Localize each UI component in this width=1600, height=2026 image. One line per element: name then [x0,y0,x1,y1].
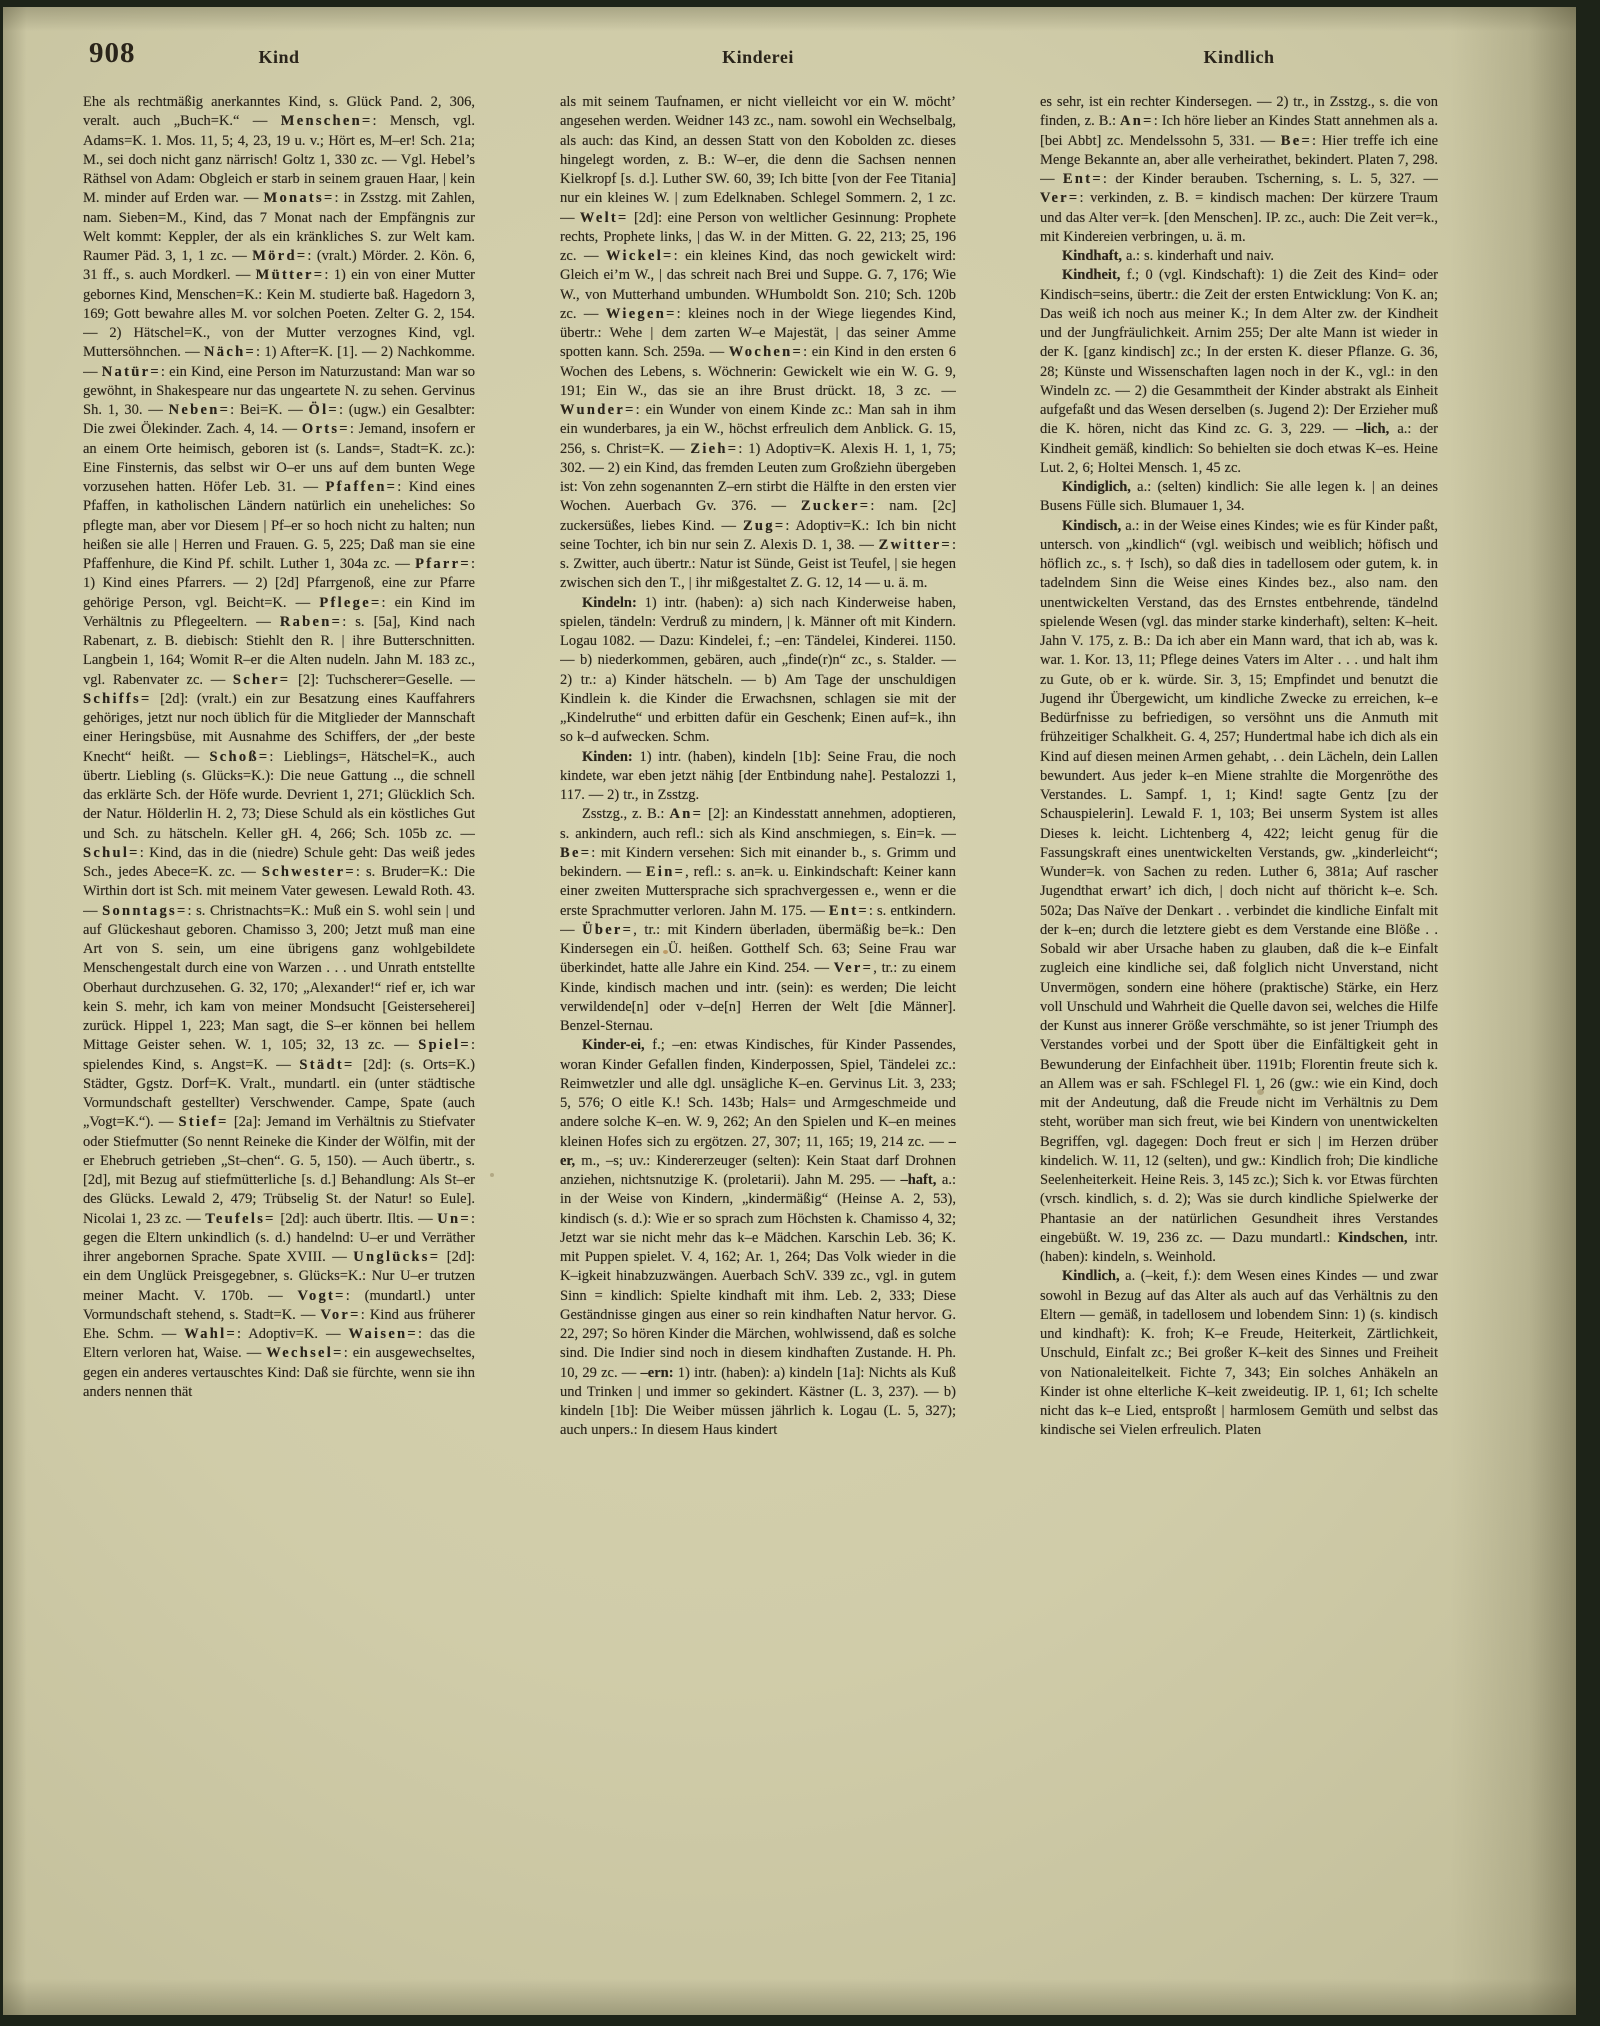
text-column-2: als mit seinem Taufnamen, er nicht viell… [560,93,956,2007]
running-head-kindlich: Kindlich [1040,47,1438,68]
running-head-kinderei: Kinderei [560,47,956,68]
paragraph: Kindhaft, a.: s. kinderhaft und naiv. [1040,247,1438,266]
paragraph: Kindheit, f.; 0 (vgl. Kindschaft): 1) di… [1040,266,1438,478]
text-column-3: es sehr, ist ein rechter Kindersegen. — … [1040,93,1438,2007]
paper-stain [490,1173,494,1177]
paragraph: Kindisch, a.: in der Weise eines Kindes;… [1040,517,1438,1268]
scanned-dictionary-page: 908 Kind Kinderei Kindlich Ehe als recht… [3,7,1576,2015]
paragraph: als mit seinem Taufnamen, er nicht viell… [560,93,956,594]
paragraph: Kinden: 1) intr. (haben), kindeln [1b]: … [560,748,956,806]
paragraph: Kindeln: 1) intr. (haben): a) sich nach … [560,594,956,748]
paragraph: Zsstzg., z. B.: An= [2]: an Kindesstatt … [560,805,956,1036]
running-head-kind: Kind [83,47,475,68]
paragraph: Kinder-ei, f.; –en: etwas Kindisches, fü… [560,1036,956,1440]
paragraph: Ehe als rechtmäßig anerkanntes Kind, s. … [83,93,475,1402]
paragraph: es sehr, ist ein rechter Kindersegen. — … [1040,93,1438,247]
paragraph: Kindiglich, a.: (selten) kindlich: Sie a… [1040,478,1438,517]
text-column-1: Ehe als rechtmäßig anerkanntes Kind, s. … [83,93,475,1885]
paragraph: Kindlich, a. (–keit, f.): dem Wesen eine… [1040,1267,1438,1440]
